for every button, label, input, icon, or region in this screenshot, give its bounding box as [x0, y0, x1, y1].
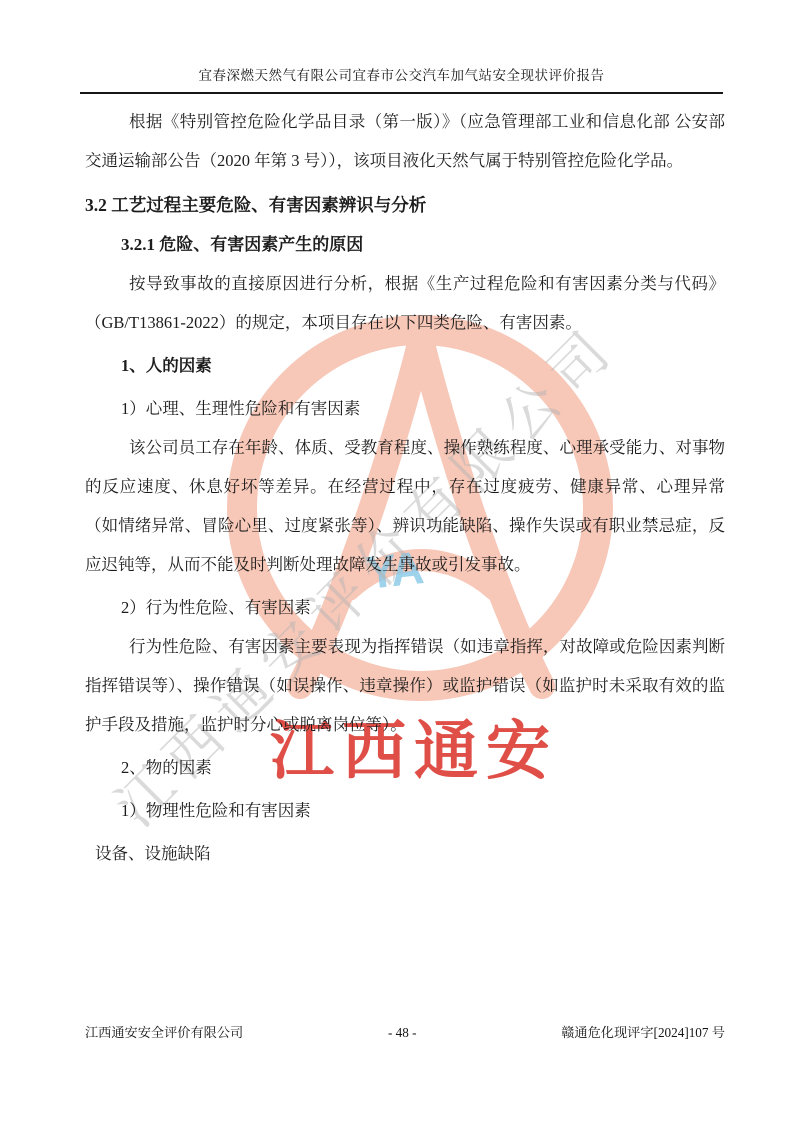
paragraph: 设备、设施缺陷 — [85, 834, 725, 873]
document-content: 根据《特别管控危险化学品目录（第一版）》（应急管理部工业和信息化部 公安部 交通… — [85, 102, 725, 873]
footer-company: 江西通安安全评价有限公司 — [85, 1022, 243, 1041]
paragraph: 2、物的因素 — [85, 748, 725, 787]
page-header: 宜春深燃天然气有限公司宜春市公交汽车加气站安全现状评价报告 — [80, 64, 723, 94]
paragraph: 1）心理、生理性危险和有害因素 — [85, 389, 725, 428]
report-page: { "header": { "title": "宜春深燃天然气有限公司宜春市公交… — [0, 0, 793, 1122]
footer-page-number: - 48 - — [388, 1025, 417, 1041]
page-footer: 江西通安安全评价有限公司 - 48 - 赣通危化现评字[2024]107 号 — [85, 1022, 725, 1041]
paragraph: 2）行为性危险、有害因素 — [85, 588, 725, 627]
paragraph: 1）物理性危险和有害因素 — [85, 791, 725, 830]
paragraph: 1、人的因素 — [85, 346, 725, 385]
section-heading: 3.2.1 危险、有害因素产生的原因 — [85, 225, 725, 264]
paragraph: 行为性危险、有害因素主要表现为指挥错误（如违章指挥，对故障或危险因素判断指挥错误… — [85, 627, 725, 744]
paragraph: 根据《特别管控危险化学品目录（第一版）》（应急管理部工业和信息化部 公安部 交通… — [85, 102, 725, 180]
section-heading: 3.2 工艺过程主要危险、有害因素辨识与分析 — [85, 186, 725, 225]
footer-doc-number: 赣通危化现评字[2024]107 号 — [561, 1022, 725, 1041]
report-title: 宜春深燃天然气有限公司宜春市公交汽车加气站安全现状评价报告 — [199, 68, 605, 83]
paragraph: 该公司员工存在年龄、体质、受教育程度、操作熟练程度、心理承受能力、对事物的反应速… — [85, 428, 725, 584]
paragraph: 按导致事故的直接原因进行分析，根据《生产过程危险和有害因素分类与代码》（GB/T… — [85, 264, 725, 342]
